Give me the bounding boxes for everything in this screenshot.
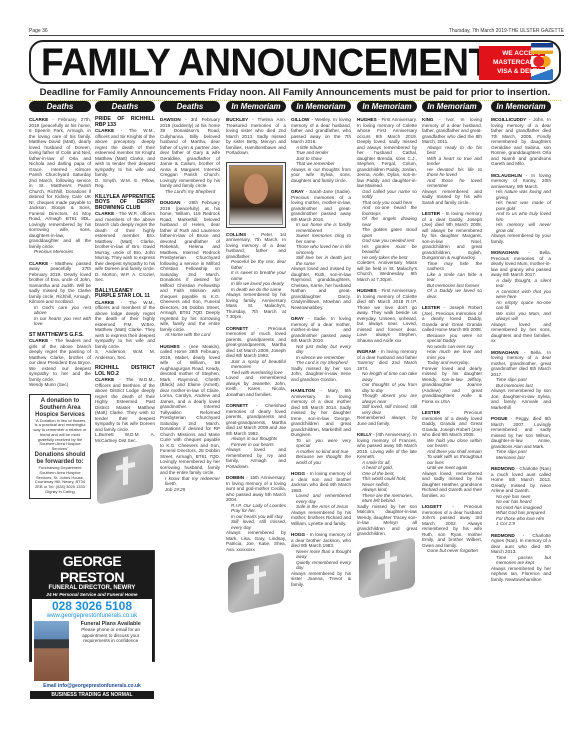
notice-surname: CLARKE <box>95 300 114 305</box>
verse-line: What God has prepared <box>491 510 551 516</box>
verse-line: And no-one heard the footsteps <box>357 205 417 216</box>
notice-surname: HUGHES <box>160 344 180 349</box>
funeral-plans-text: Funeral Plans AvailablePlease phone or e… <box>71 621 150 681</box>
notice-signoff: Always remembered by son Joe, daughter-i… <box>491 388 551 410</box>
verse-line: Quietly remembered every day <box>291 560 351 571</box>
notice-text: - February 27th, 2019 (peacefully at his… <box>29 117 91 249</box>
notice-text: - The W.M., officers and Sir Knights of … <box>95 128 155 177</box>
notice-text: - John. In loving memory of a dear fathe… <box>491 117 551 166</box>
verse-line: Still love her in death just the same <box>291 255 351 266</box>
verse-line: God called your name so softly <box>357 189 417 200</box>
notice-surname: REDMOND <box>491 533 515 538</box>
donation-address: Fundraising Department Southern Area Hos… <box>33 466 87 490</box>
notice-entry: HUGHES - First Anniversary. In loving me… <box>357 117 417 282</box>
advert-business-name: GEORGE PRESTON <box>30 551 154 585</box>
notice-surname: LESTER <box>422 305 440 310</box>
mastercard-icon <box>531 56 553 67</box>
notice-surname: HOGG <box>291 532 305 537</box>
donation-subtitle: Donations should be forwarded to: <box>33 452 87 466</box>
advert-website-link[interactable]: www.georgeprestonfunerals.co.uk <box>32 613 152 619</box>
organisation-name: BALLYLEANEY PURPLE STAR LOL 11 <box>95 289 155 300</box>
verse-line: 1 Cor 2:9 <box>491 521 551 527</box>
page-number: Page 36 <box>29 28 48 35</box>
notice-text: - (nee Meakin), called Home 28th Februar… <box>160 344 220 476</box>
column-0: DeathsCLARKE - February 27th, 2019 (peac… <box>29 101 91 499</box>
notice-surname: LESTER <box>422 211 440 216</box>
verse-line: Memories last <box>491 455 551 461</box>
verse-line: Like a smile can hide a tear <box>422 272 482 283</box>
notice-signoff: Loved and remembered always by Jeanette,… <box>226 375 286 397</box>
notice-entry: HUGHES - (nee Meakin), called Home 28th … <box>160 344 220 493</box>
notice-text: - The leaders and girls of the above bra… <box>29 338 91 382</box>
notice-entry: RICHHILL DISTRICT LOL NO.2CLARKE - The W… <box>95 366 155 443</box>
notice-surname: HUGHES <box>357 117 377 122</box>
verse-line: Time passes but memories are kept <box>491 555 551 566</box>
verse-line: With a heart so true and tender <box>422 156 482 167</box>
verse-line: To walk with us throughout our lives <box>422 454 482 465</box>
notice-entry: KILLYLEA APPRENTICE BOYS OF DERRY BROWNI… <box>95 195 155 283</box>
verse-line: Sweet memories cling to her name <box>291 233 351 244</box>
notice-signoff: Remembered always by June and family. <box>357 415 417 426</box>
verse-line: He devoted his life to those he loved <box>422 167 482 178</box>
family-announcements-banner: FAMILY ANNOUNCEMENTS WE ACCEPT MASTERCAR… <box>29 40 561 84</box>
notice-entry: CLARKE - February 27th, 2019 (peacefully… <box>29 117 91 255</box>
verse-line: In God's care you rest above <box>29 305 91 316</box>
verse-line: Gone but never forgotten <box>422 548 482 554</box>
verse-line: Because you were so special Daddy <box>422 333 482 344</box>
advert-subtitle: FUNERAL DIRECTOR, NEWRY <box>30 585 154 591</box>
notice-surname: INGRAM <box>357 349 376 354</box>
verse-line: Just a spray of beautiful memories <box>226 359 286 370</box>
notice-signoff: Always loved and missed by daughter, Rut… <box>291 266 351 310</box>
notice-surname: CLARKE <box>95 128 114 133</box>
notice-surname: DAWSON <box>160 117 181 122</box>
notice-entry: HOGG - In loving memory of a dear brothe… <box>291 532 351 587</box>
notice-signoff: Always remembered by his loving family. … <box>226 292 286 320</box>
section-header: Deaths <box>29 101 91 112</box>
notice-signoff: Always loved and remembered by her sons,… <box>491 322 551 344</box>
verse-line: And those he loved remember <box>422 178 482 189</box>
notice-entry: KELLY - (4th Anniversary). In loving mem… <box>357 432 417 537</box>
advert-tagline: 24 Hr Personal Service and Funeral Home <box>30 591 154 599</box>
column-3: In MemoriamBUCKLEY - Thelma Ann. Treasur… <box>226 101 286 614</box>
page-header: Page 36 Thursday, 7th March 2019-THE ULS… <box>29 28 564 36</box>
notice-text: - Precious memories of a dear husband Jo… <box>422 504 482 548</box>
notice-surname: CLARKE <box>95 211 114 216</box>
notice-text: - First Anniversary. In loving memory of… <box>357 117 417 188</box>
donation-body: "A Donation in lieu of flowers is a prac… <box>33 419 87 453</box>
notice-entry: REDMOND - Charlotte (Nan) a much loved a… <box>491 466 551 527</box>
verse-line: Not just today but every day <box>291 344 351 355</box>
hospice-donation-box: A donation to Southern Area Hospice Serv… <box>29 394 91 499</box>
verse-line: His nature was loving and giving <box>491 189 551 200</box>
notice-entry: MCLAUGHLIN - In loving memory of Sonny, … <box>491 173 551 245</box>
notice-entry: INGRAM - In loving memory of a dear husb… <box>357 349 417 426</box>
notice-entry: COLLINS - Peter. 1st anniversary, 7th Ma… <box>226 162 286 320</box>
verse-line: Still loved, still missed, every day <box>226 519 286 530</box>
delta-card-icon <box>531 69 553 80</box>
notice-surname: DOBBIN <box>226 475 244 480</box>
notice-signoff: Sadly missed by her son Malcolm, daughte… <box>357 504 417 537</box>
notice-surname: BUCKLEY <box>226 117 248 122</box>
section-header: In Memoriam <box>291 101 351 112</box>
plans-body: Please phone or email for an appointment… <box>81 627 140 643</box>
advert-email-link[interactable]: Email info@georgeprestonfunerals.co.uk <box>32 683 152 689</box>
verse-line: Of a Daddy we loved so dear. <box>422 288 482 299</box>
notice-text: - 28th February 2019 (peacefully) at his… <box>160 200 220 332</box>
notice-entry: MONAGHAN - Bella. Precious memories of a… <box>491 250 551 344</box>
verse-line: Those who loved her in life sincerely <box>291 244 351 255</box>
notice-surname: REDMOND <box>491 466 515 471</box>
george-preston-advert: GEORGE PRESTON FUNERAL DIRECTOR, NEWRY 2… <box>29 550 155 662</box>
notice-surname: COLLINS <box>226 232 246 237</box>
verse-line: Because we thought the world of you <box>291 454 351 465</box>
verse-line: In our home she is fondly remembered <box>291 222 351 233</box>
donation-footer: Dignity in Caring <box>33 490 87 495</box>
verse-line: His garden must be beautiful <box>357 244 417 255</box>
funeral-home-photo <box>34 621 69 681</box>
notice-signoff: Always remembered by his mother, brother… <box>291 510 351 527</box>
notice-entry: LESTER - Precious memories of a dearly l… <box>422 410 482 498</box>
notice-text: - Thelma Ann. Treasured memories of a lo… <box>226 117 286 155</box>
notice-text: - 3rd February 2019 (suddenly) at his ho… <box>160 117 220 188</box>
section-header: Deaths <box>95 101 155 112</box>
notice-text: - The W.P., officers and members of the … <box>95 211 155 271</box>
notice-entry: CORNETT - Cherished memories of dearly l… <box>226 403 286 469</box>
notice-entry: GRAY - Sadie. In loving memory of a dear… <box>291 316 351 382</box>
notice-signatories: D. Smyth, W.M. E. Pillow, Reg. <box>95 178 155 189</box>
notice-signoff: Always loved and remembered by Ivy and f… <box>226 447 286 469</box>
notice-signoff: Always remembered by your family. <box>491 233 551 244</box>
dateline: Thursday, 7th March 2019-THE ULSTER GAZE… <box>449 28 564 35</box>
notice-surname: LESTER <box>422 410 440 415</box>
card-logos <box>531 43 553 80</box>
notice-entry: KING - Ivor. In loving memory of a dear … <box>422 117 482 205</box>
section-header: In Memoriam <box>491 101 551 112</box>
verse-line: Of the angels drawing near <box>357 216 417 227</box>
notice-surname: MONAGHAN <box>491 350 519 355</box>
notice-entry: LESTER - In loving memory of a dear Dadd… <box>422 211 482 299</box>
verse-line: Loved and remembered every day <box>291 493 351 504</box>
column-6: In MemoriamKING - Ivor. In loving memory… <box>422 101 482 560</box>
section-header: In Memoriam <box>422 101 482 112</box>
verse-line: An empty space no-one can fill <box>491 300 551 311</box>
notice-entry: HAMILTON - Mary, 5th Anniversary. In lov… <box>291 388 351 465</box>
section-header: Deaths <box>160 101 220 112</box>
notice-text: - In loving memory of a dear Daddy, Jose… <box>422 211 482 260</box>
notice-signoff: Always remembered by his sister Joanna, … <box>291 571 351 588</box>
verse-line: Safe in the Arms of Jesus <box>291 504 351 510</box>
notice-entry: ST MATTHEW'S G.F.S.CLARKE - The leaders … <box>29 333 91 388</box>
verse-line: A constant wish that you were here <box>491 289 551 300</box>
notice-entry: BUCKLEY - Thelma Ann. Treasured memories… <box>226 117 286 156</box>
notice-text: - The W.M., officers and members of the … <box>95 300 155 349</box>
verse-line: The Lord's my Shepherd <box>160 189 220 195</box>
verse-line: A daily thought, a silent tear <box>491 278 551 289</box>
notice-entry: HUGHES - First Anniversary. In loving me… <box>357 288 417 343</box>
notice-entry: CORNETT - Precious memories of much love… <box>226 326 286 398</box>
column-7: In MemoriamMCGILLICUDDY - John. In lovin… <box>491 101 551 588</box>
notice-signoff: Colette's Anniversary Mass will be held … <box>357 260 417 282</box>
notice-entry: DAWSON - 3rd February 2019 (suddenly) at… <box>160 117 220 194</box>
notice-signoff: Always remembered by Mark, Lisa, Gary, L… <box>226 530 286 552</box>
verse-line: And to us who truly loved him <box>491 211 551 222</box>
verse-line: I know that my redeemer liveth. <box>160 476 220 487</box>
notice-entry: CLARKE - Matthew, passed away peacefully… <box>29 261 91 327</box>
notice-surname: MONAGHAN <box>491 250 519 255</box>
column-5: In MemoriamHUGHES - First Anniversary. I… <box>357 101 417 599</box>
verse-line: Always in our thoughts <box>226 436 286 442</box>
notice-text: - Peggy, died 6th March 2007. Lovingly r… <box>491 416 551 449</box>
memorial-photo <box>226 162 286 228</box>
notice-surname: MCLAUGHLIN <box>491 173 522 178</box>
notice-entry: LIGGETT - Precious memories of a dear hu… <box>422 504 482 554</box>
notice-entry: DOUGAN - 28th February 2019 (peacefully)… <box>160 200 220 338</box>
notice-surname: GRAY <box>291 316 304 321</box>
notice-surname: GRAY <box>291 189 304 194</box>
bible-cross-icon <box>97 443 153 505</box>
notice-signatories: Wendy Munn (Sec) <box>29 382 91 388</box>
banner-title: FAMILY ANNOUNCEMENTS <box>41 43 515 82</box>
verse-line: His heart was made of pure gold <box>491 200 551 211</box>
verse-line: The Lord is my Shepherd <box>291 360 351 366</box>
notice-surname: POGUE <box>491 416 508 421</box>
verse-line: We hold you close within our hearts <box>422 438 482 449</box>
notice-signatories: L.Burnett W.D.M. A. McCartney Dist Sec. <box>95 432 155 443</box>
bible-cross-icon <box>228 552 284 614</box>
verse-line: No length of time can take away <box>357 371 417 382</box>
notice-surname: CLARKE <box>29 261 48 266</box>
verse-line: Time may hide the sadness <box>422 261 482 272</box>
notice-surname: HAMILTON <box>291 388 315 393</box>
section-header: In Memoriam <box>226 101 286 112</box>
verse-line: Never more than a thought away <box>291 549 351 560</box>
notice-text: - Precious memories of much loved parent… <box>226 326 286 359</box>
advert-footer: BUSINESS TRADING AS NORMAL <box>30 691 154 699</box>
verse-line: Our thoughts of you from day to day <box>357 382 417 393</box>
verse-line: Job 19:25 <box>160 487 220 493</box>
organisation-name: PRIDE OF RICHHILL RBP 133 <box>95 117 155 128</box>
notice-surname: KELLY <box>357 432 372 437</box>
notice-entry: REDMOND - Charlotte Agnes (Nan). In memo… <box>491 533 551 583</box>
notice-entry: PRIDE OF RICHHILL RBP 133CLARKE - The W.… <box>95 117 155 189</box>
verse-line: At Home with the Lord <box>160 332 220 338</box>
verse-line: God saw you needed rest <box>357 238 417 244</box>
verse-line: It is sweet to breathe your name <box>226 270 286 281</box>
notice-entry: GRAY - Sarah-Jane (Sadie). Precious memo… <box>291 189 351 310</box>
notice-surname: CLARKE <box>29 117 48 122</box>
bible-cross-icon <box>359 537 415 599</box>
organisation-name: KILLYLEA APPRENTICE BOYS OF DERRY BROWNI… <box>95 195 155 212</box>
notice-text: - The W.D.M., Officers and Brethren of t… <box>95 377 155 432</box>
verse-line: Precious Memories <box>29 249 91 255</box>
donation-title: A donation to Southern Area Hospice Serv… <box>33 398 87 419</box>
notice-signoff: Always in our thoughts from your wife Sy… <box>291 167 351 184</box>
column-2: DeathsDAWSON - 3rd February 2019 (sudden… <box>160 101 220 498</box>
notice-surname: MCGILLICUDDY <box>491 117 526 122</box>
organisation-name: RICHHILL DISTRICT LOL NO.2 <box>95 366 155 377</box>
deadline-notice: Deadline for Family Announcements Friday… <box>29 87 561 101</box>
notice-surname: CORNETT <box>226 403 248 408</box>
notice-surname: HOGG <box>291 471 305 476</box>
verse-line: His memory will never grow old. <box>491 222 551 233</box>
notice-surname: KING <box>422 117 433 122</box>
notice-entry: BALLYLEANEY PURPLE STAR LOL 11CLARKE - T… <box>95 289 155 361</box>
notice-entry: LESTER - Joseph Robert (Joe). Precious m… <box>422 305 482 404</box>
verse-line: We miss you Mum, and always will <box>491 311 551 322</box>
column-1: DeathsPRIDE OF RICHHILL RBP 133CLARKE - … <box>95 101 155 505</box>
verse-line: R.I.P. Our Lady of Lourdes Pray for her. <box>226 503 286 514</box>
notice-entry: DOBBIN - 15th Anniversary. In loving mem… <box>226 475 286 552</box>
notice-signoff: Sadly missed by her son John, daughter-i… <box>291 366 351 383</box>
notice-surname: CLARKE <box>29 338 48 343</box>
verse-line: The golden gates stood open <box>357 227 417 238</box>
verse-line: In life we loved you dearly <box>226 281 286 287</box>
verse-line: Peaceful be thy rest, dear father <box>226 259 286 270</box>
verse-line: In our hearts you rest with love. <box>29 316 91 327</box>
notice-signatories: S. Anderson, W.M. M. Anderson, Sec. <box>95 349 155 360</box>
notice-entry: MCGILLICUDDY - John. In loving memory of… <box>491 117 551 167</box>
notice-text: - First Anniversary. In loving memory of… <box>357 288 417 343</box>
notice-surname: LIGGETT <box>422 504 442 509</box>
notice-surname: DOUGAN <box>160 200 180 205</box>
notice-surname: GILLOW <box>291 117 309 122</box>
notice-text: - Matthew, passed away peacefully 27th F… <box>29 261 91 305</box>
verse-line: How much we love and miss you <box>422 349 482 360</box>
notice-signoff: Forever loved and dearly missed by his d… <box>422 366 482 405</box>
notice-entry: POGUE - Peggy, died 6th March 2007. Lovi… <box>491 416 551 460</box>
notice-entry: MONAGHAN - Bella. In loving memory of a … <box>491 350 551 411</box>
notice-signoff: Always remembered by her nephew Ian, Flo… <box>491 566 551 583</box>
notice-signoff: Always remembered and sadly missed by hi… <box>422 189 482 206</box>
notice-entry: GILLOW - Wesley. In loving memory of a d… <box>291 117 351 183</box>
notice-surname: CLARKE <box>95 377 114 382</box>
notice-signatories: D. Morton, W.P. A. Crozier, Sec. <box>95 272 155 283</box>
verse-line: Though absent you are always near <box>357 393 417 404</box>
verse-line: Always ready to do his best <box>422 145 482 156</box>
notice-surname: HUGHES <box>357 288 377 293</box>
notice-entry: HOGG - In loving memory of a dear son an… <box>291 471 351 526</box>
visa-card-icon <box>531 43 553 54</box>
notice-text: - Mary, 5th Anniversary. In loving memor… <box>291 388 351 437</box>
notice-text: - Cherished memories of dearly loved par… <box>226 403 286 436</box>
notice-signoff: Always loved, remembered and sadly misse… <box>422 471 482 499</box>
section-header: In Memoriam <box>357 101 417 112</box>
advert-phone[interactable]: 028 3026 5108 <box>32 599 152 613</box>
verse-line: To us you were very special <box>291 438 351 449</box>
notice-text: - Sarah-Jane (Sadie). Precious memories … <box>291 189 351 222</box>
notice-surname: CORNETT <box>226 326 248 331</box>
column-4: In MemoriamGILLOW - Wesley. In loving me… <box>291 101 351 593</box>
verse-line: Still loved, still missed, still very de… <box>357 404 417 415</box>
